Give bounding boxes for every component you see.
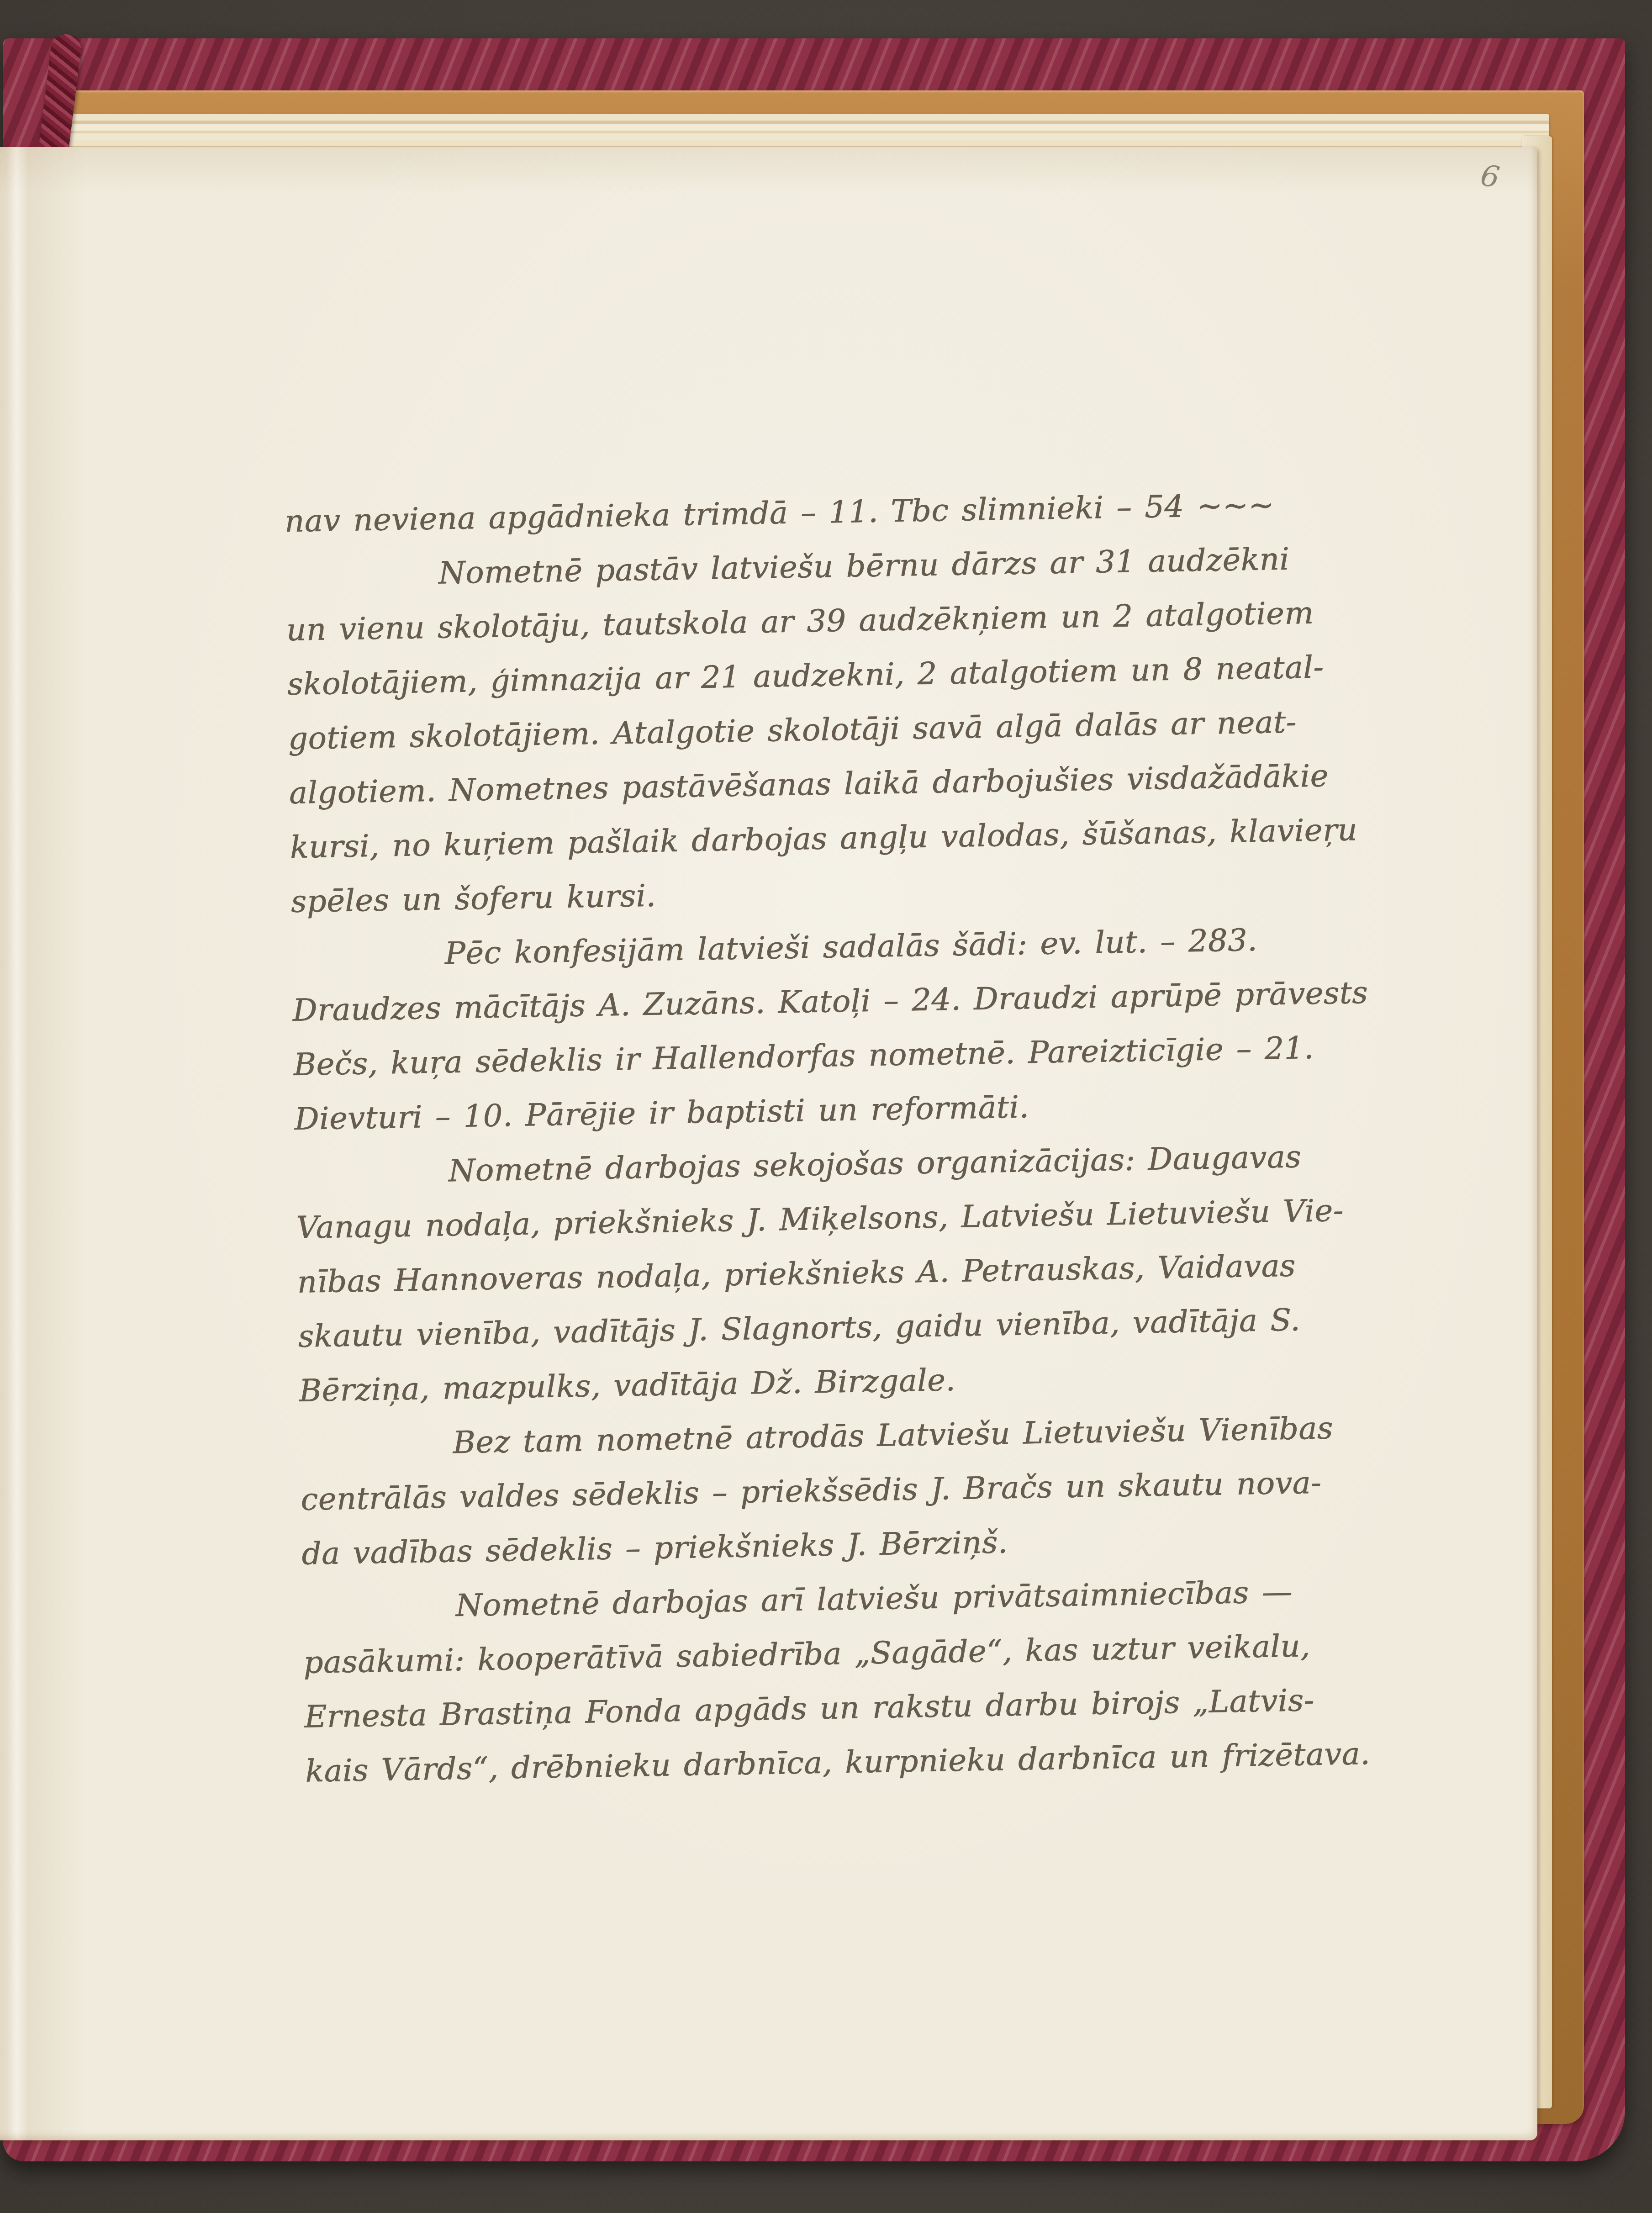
photo-backdrop: 6 nav neviena apgādnieka trimdā – 11. Tb… [0, 0, 1652, 2213]
page-number: 6 [1478, 158, 1502, 195]
manuscript-page: 6 nav neviena apgādnieka trimdā – 11. Tb… [0, 147, 1537, 2140]
handwriting-block: nav neviena apgādnieka trimdā – 11. Tbc … [284, 477, 1361, 1799]
